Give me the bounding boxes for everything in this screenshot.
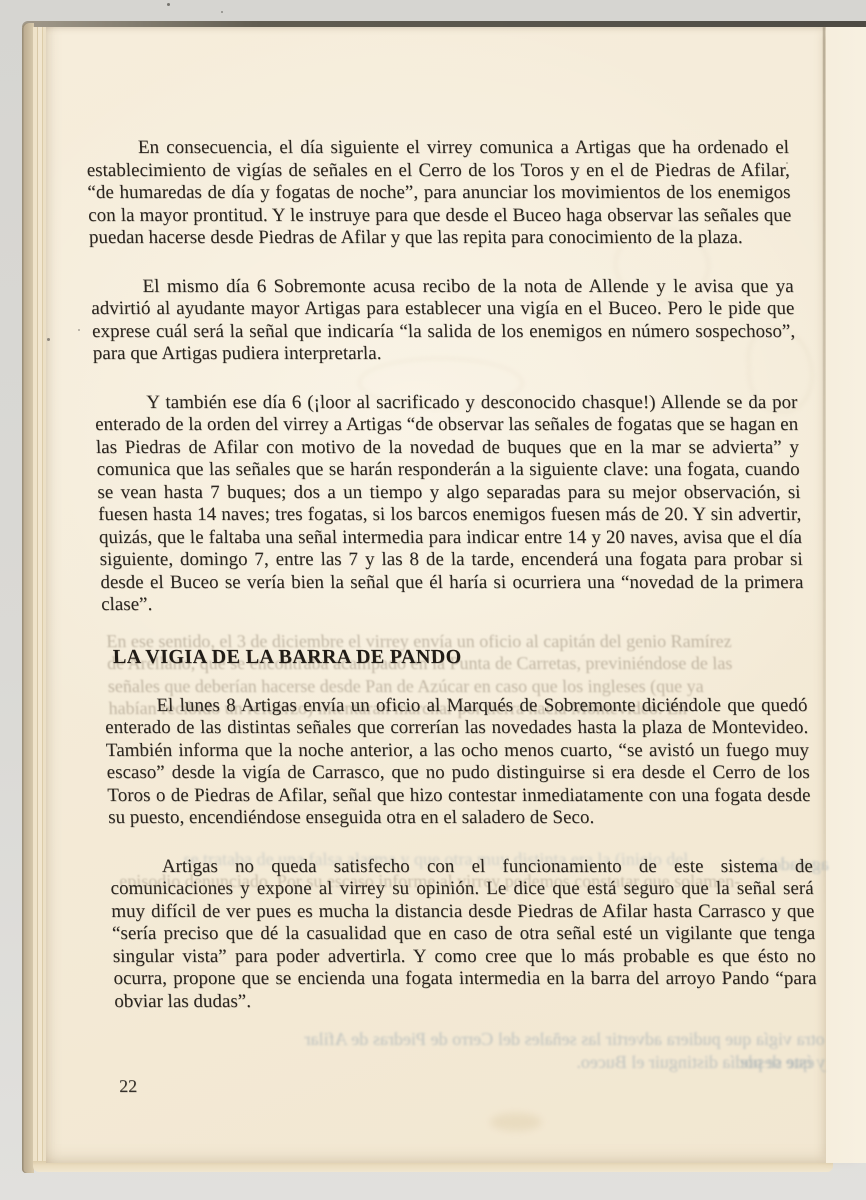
paragraph: En consecuencia, el día siguiente el vir… bbox=[86, 137, 793, 250]
background-speck bbox=[221, 11, 223, 13]
paragraph: Y también ese día 6 (¡loor al sacrificad… bbox=[94, 392, 804, 617]
section-heading: LA VIGIA DE LA BARRA DE PANDO bbox=[112, 645, 806, 669]
page-number: 22 bbox=[119, 1076, 138, 1097]
bleedthrough-line-mirrored: éste se podía distinguir el Buceo. bbox=[514, 1051, 815, 1074]
paper-speck bbox=[78, 329, 80, 331]
paper-stain bbox=[490, 1113, 542, 1131]
paragraph: El lunes 8 Artigas envía un oficio al Ma… bbox=[104, 695, 811, 830]
paragraph: El mismo día 6 Sobremonte acusa recibo d… bbox=[90, 276, 796, 366]
paragraph: Artigas no queda satisfecho con el funci… bbox=[109, 856, 817, 1014]
paper-speck bbox=[47, 338, 50, 341]
book-page: En ese sentido, el 3 de diciembre el vir… bbox=[46, 27, 866, 1163]
text-block: En consecuencia, el día siguiente el vir… bbox=[86, 137, 818, 1013]
page-content: En ese sentido, el 3 de diciembre el vir… bbox=[46, 27, 866, 1163]
bleedthrough-line-mirrored: otra vigía que pudiera advertir las seña… bbox=[304, 1028, 825, 1073]
scanned-book-photo: En ese sentido, el 3 de diciembre el vir… bbox=[0, 0, 866, 1200]
paper-speck bbox=[786, 162, 788, 164]
background-speck bbox=[167, 3, 170, 6]
